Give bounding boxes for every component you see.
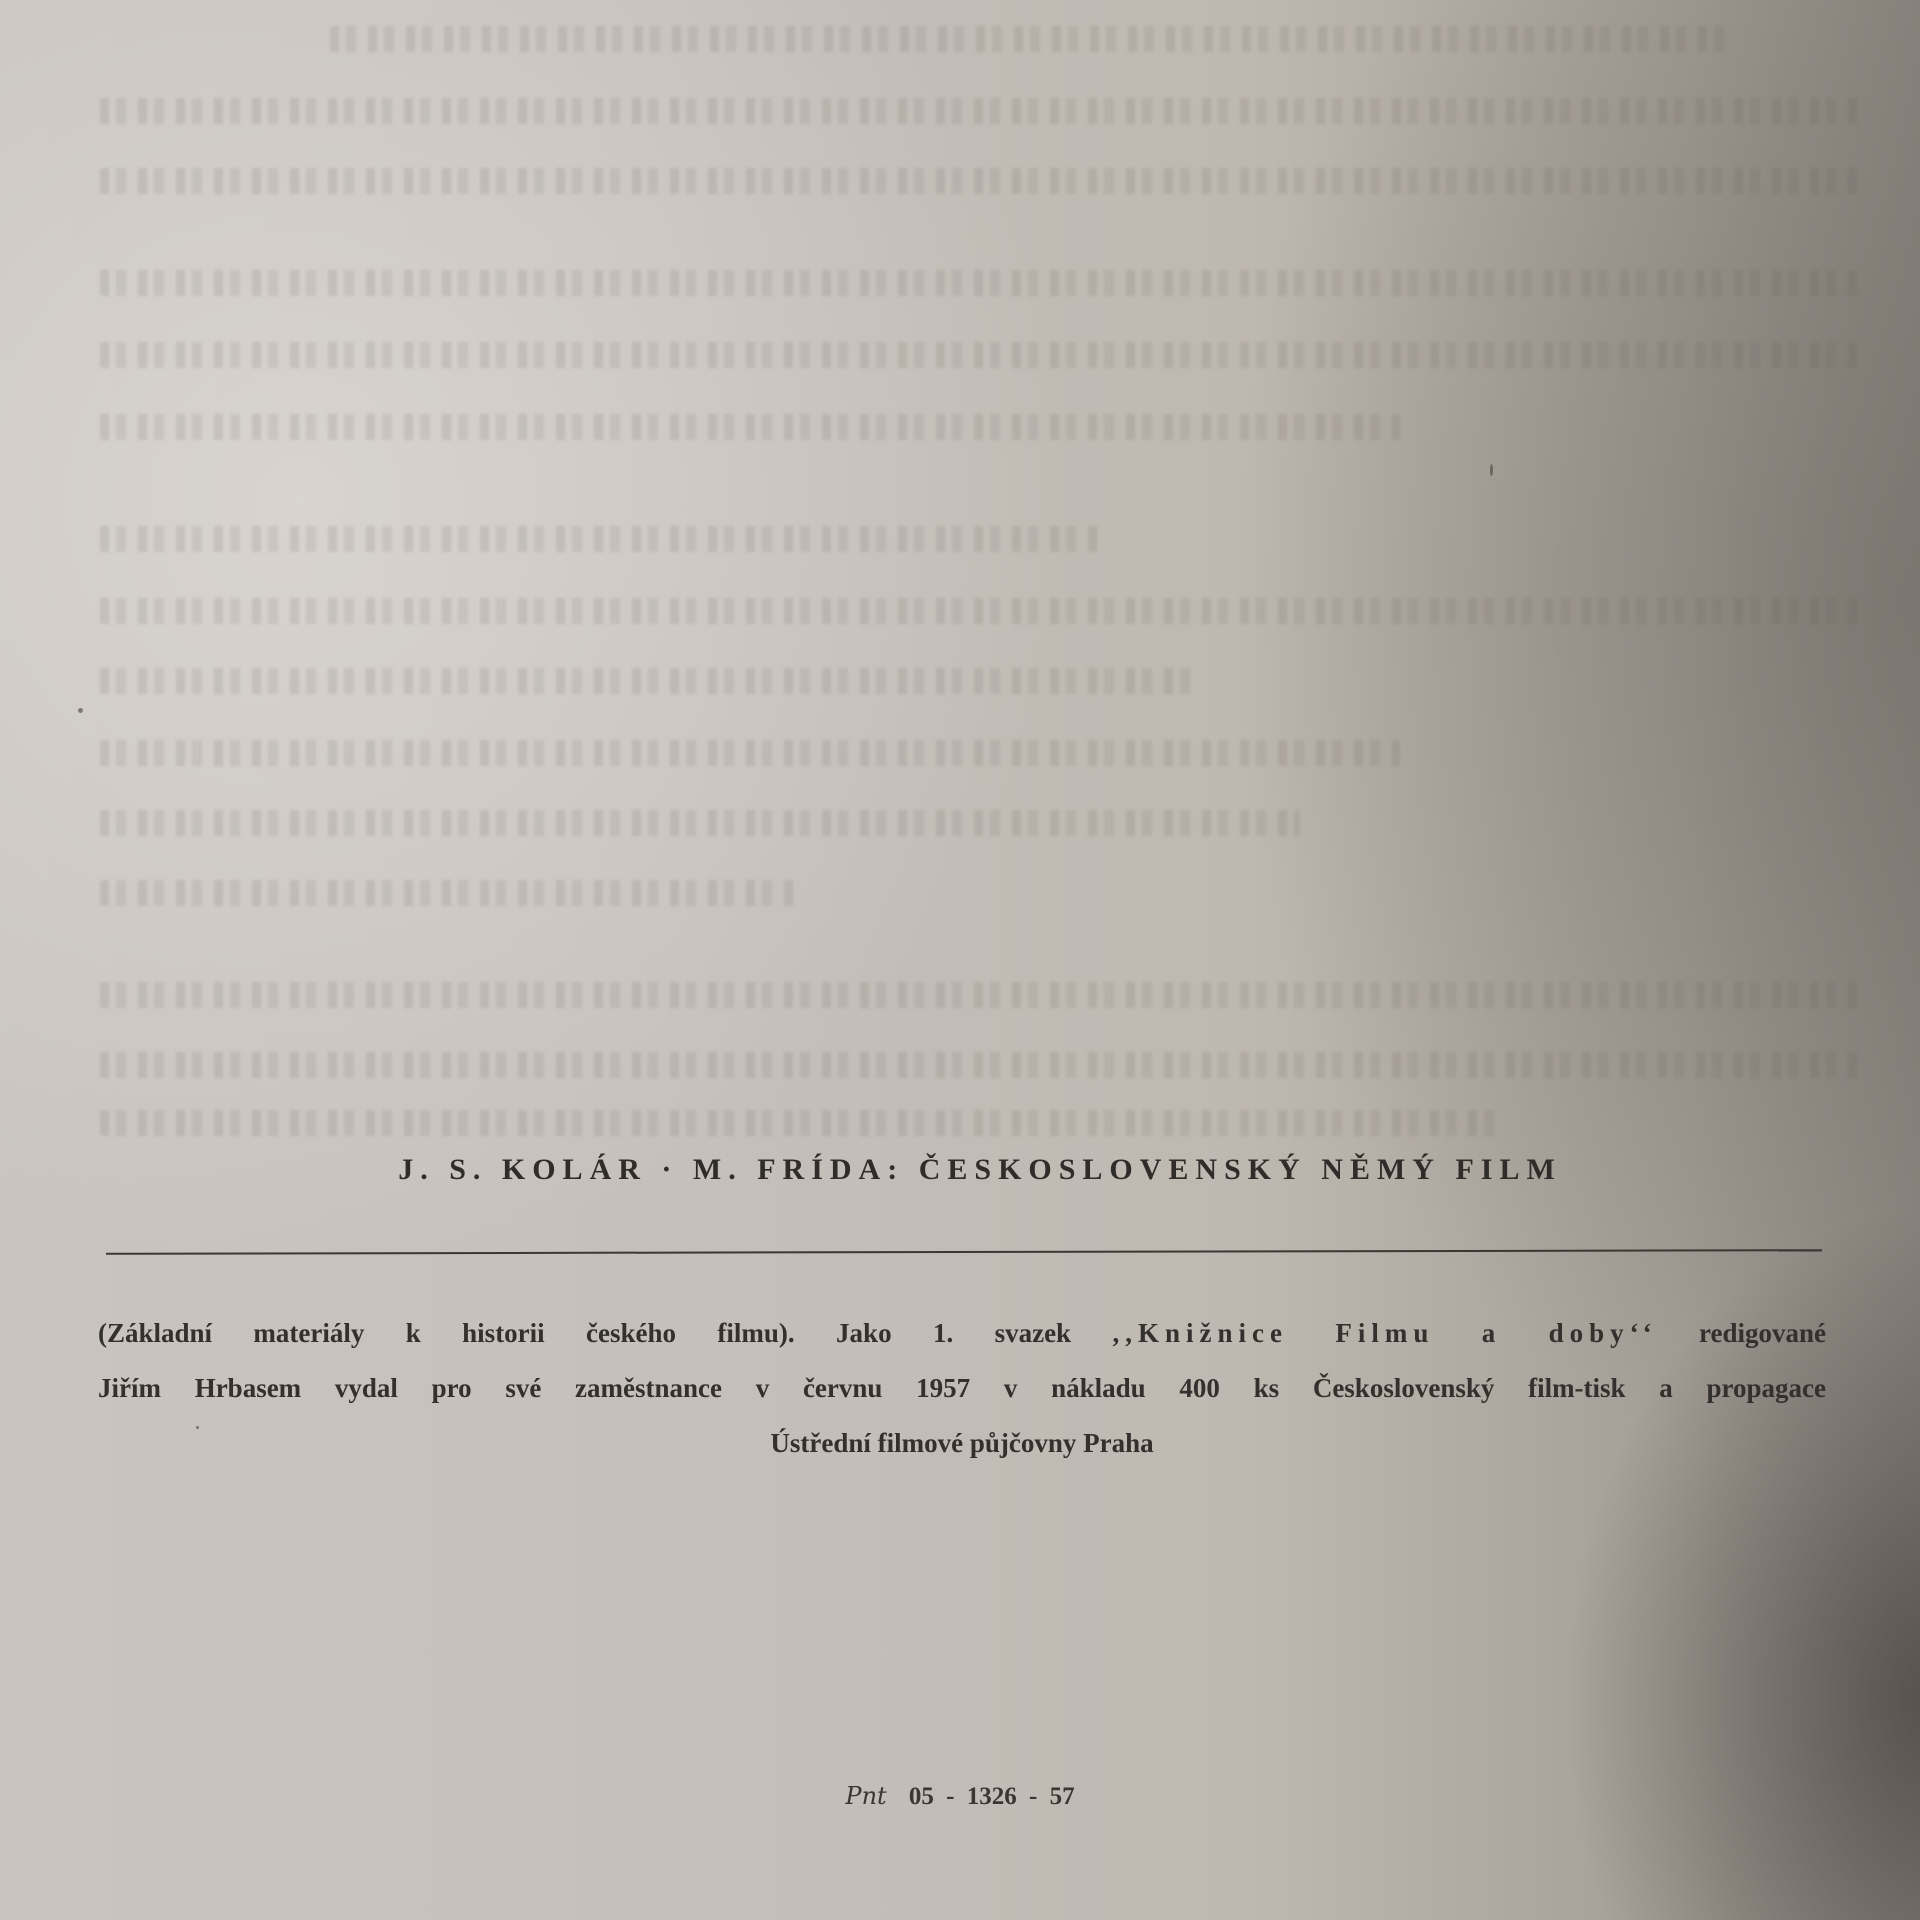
- book-title: J. S. KOLÁR · M. FRÍDA: ČESKOSLOVENSKÝ N…: [0, 1153, 1920, 1187]
- colophon-line-1-suffix: redigované: [1658, 1318, 1826, 1348]
- colophon-line-3: Ústřední filmové půjčovny Praha: [98, 1416, 1826, 1471]
- colophon-line-1-prefix: (Základní materiály k historii českého f…: [98, 1318, 1112, 1348]
- print-mark: Pnt: [845, 1782, 886, 1810]
- paper-speck: [1490, 464, 1493, 476]
- reverse-side-show-through: [100, 0, 1860, 1150]
- paper-speck: [78, 708, 83, 713]
- series-name: ,,Knižnice Filmu a doby‘‘: [1112, 1318, 1657, 1348]
- colophon-line-2: Jiřím Hrbasem vydal pro své zaměstnance …: [98, 1361, 1826, 1416]
- colophon: (Základní materiály k historii českého f…: [98, 1306, 1826, 1471]
- print-number: 05 - 1326 - 57: [909, 1783, 1075, 1810]
- colophon-line-1: (Základní materiály k historii českého f…: [98, 1306, 1826, 1361]
- print-code: Pnt 05 - 1326 - 57: [0, 1782, 1920, 1811]
- paper-speck: [196, 1426, 199, 1429]
